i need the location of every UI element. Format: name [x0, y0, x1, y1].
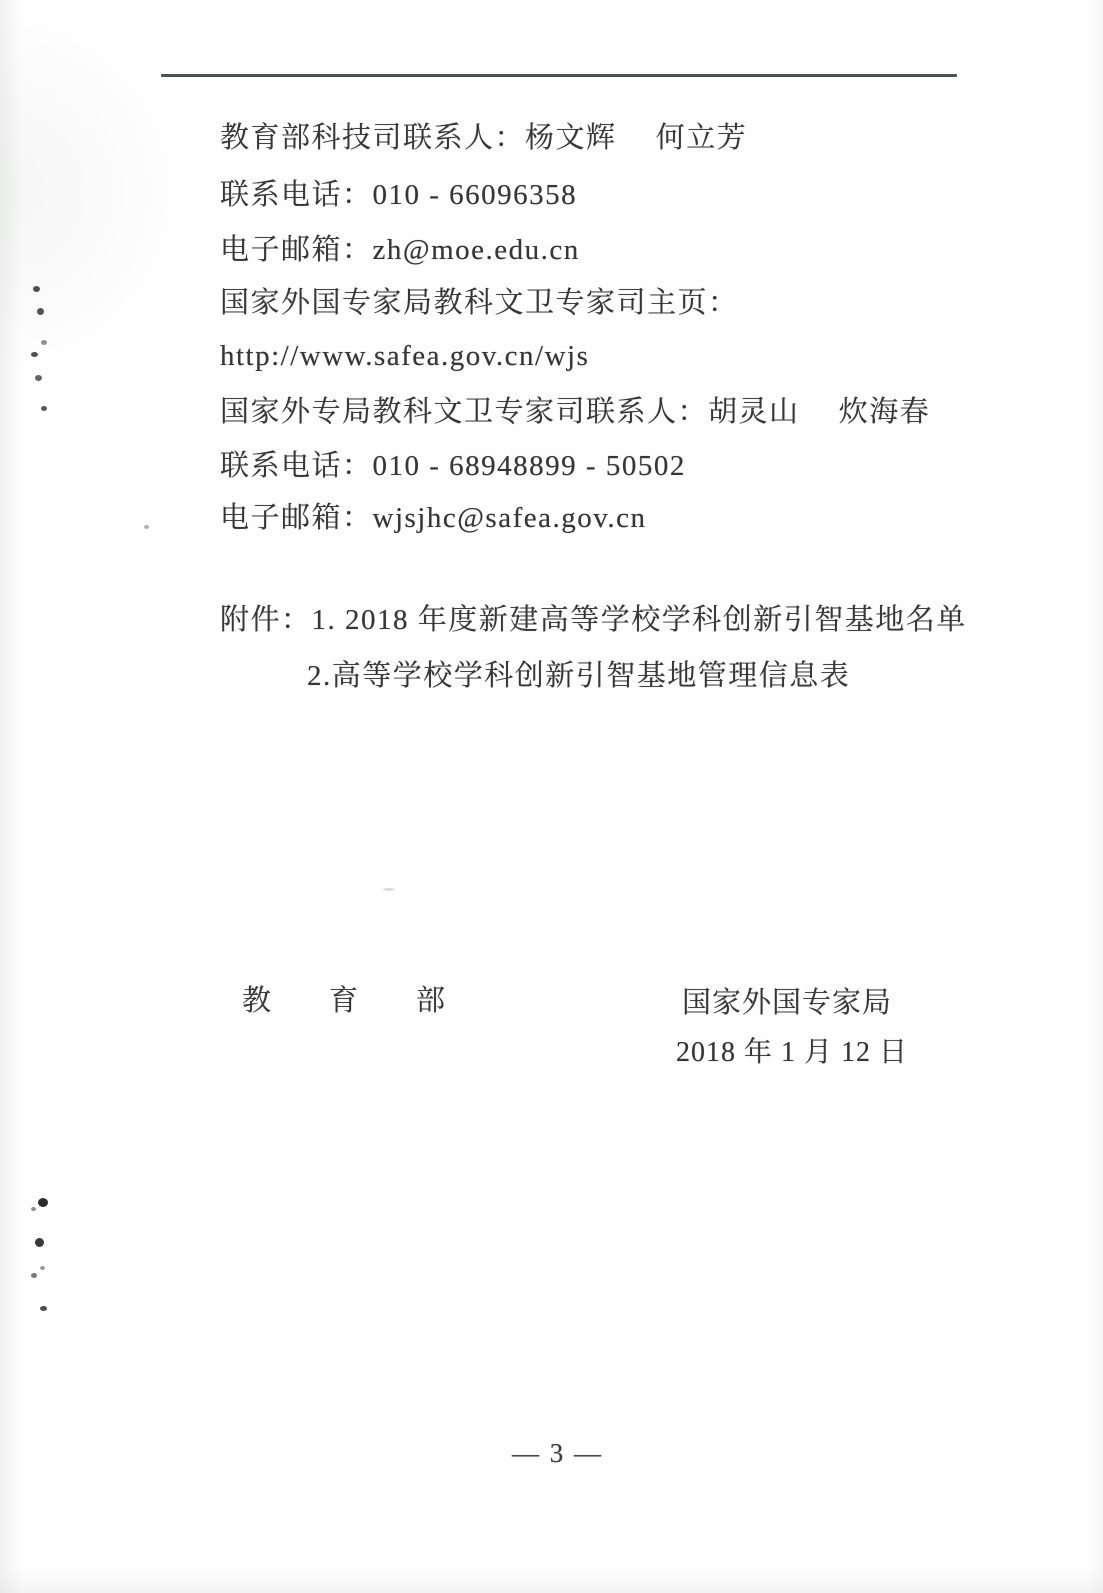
contact-phone-safea-line: 联系电话：010 - 68948899 - 50502: [220, 449, 686, 483]
contact-person-safea-line: 国家外专局教科文卫专家司联系人：胡灵山 炊海春: [220, 395, 930, 429]
attachment-item-2: 2.高等学校学科创新引智基地管理信息表: [307, 659, 850, 693]
safea-homepage-url-line: http://www.safea.gov.cn/wjs: [220, 339, 589, 373]
contact-email-safea-line: 电子邮箱：wjsjhc@safea.gov.cn: [220, 501, 646, 535]
signature-org-left: 教育部: [242, 984, 503, 1018]
contact-person-moe-line: 教育部科技司联系人：杨文辉 何立芳: [220, 121, 747, 155]
scan-speck: [40, 1306, 47, 1311]
scan-speck: [40, 1266, 45, 1270]
signature-org-right: 国家外国专家局: [682, 986, 892, 1020]
signature-date: 2018 年 1 月 12 日: [676, 1036, 908, 1070]
scanned-document-page: 教育部科技司联系人：杨文辉 何立芳 联系电话：010 - 66096358 电子…: [0, 0, 1103, 1593]
scan-speck: [37, 308, 44, 315]
safea-homepage-label-line: 国家外国专家局教科文卫专家司主页：: [220, 286, 739, 320]
scan-speck: [35, 375, 42, 381]
scan-speck: [31, 352, 38, 357]
scan-speck: [41, 340, 47, 345]
scan-speck: [31, 1273, 37, 1278]
contact-email-moe-line: 电子邮箱：zh@moe.edu.cn: [220, 233, 580, 267]
scan-speck: [31, 1207, 36, 1211]
scan-speck: [35, 1238, 44, 1247]
scan-speck: [38, 1198, 48, 1207]
header-separator-rule: [161, 74, 957, 77]
contact-phone-moe-line: 联系电话：010 - 66096358: [220, 178, 577, 212]
page-number: — 3 —: [512, 1436, 603, 1470]
scan-speck: [383, 888, 395, 891]
scan-speck: [144, 525, 149, 529]
attachment-item-1: 附件：1. 2018 年度新建高等学校学科创新引智基地名单: [220, 603, 967, 637]
scan-speck: [33, 286, 40, 292]
scan-speck: [41, 406, 47, 411]
